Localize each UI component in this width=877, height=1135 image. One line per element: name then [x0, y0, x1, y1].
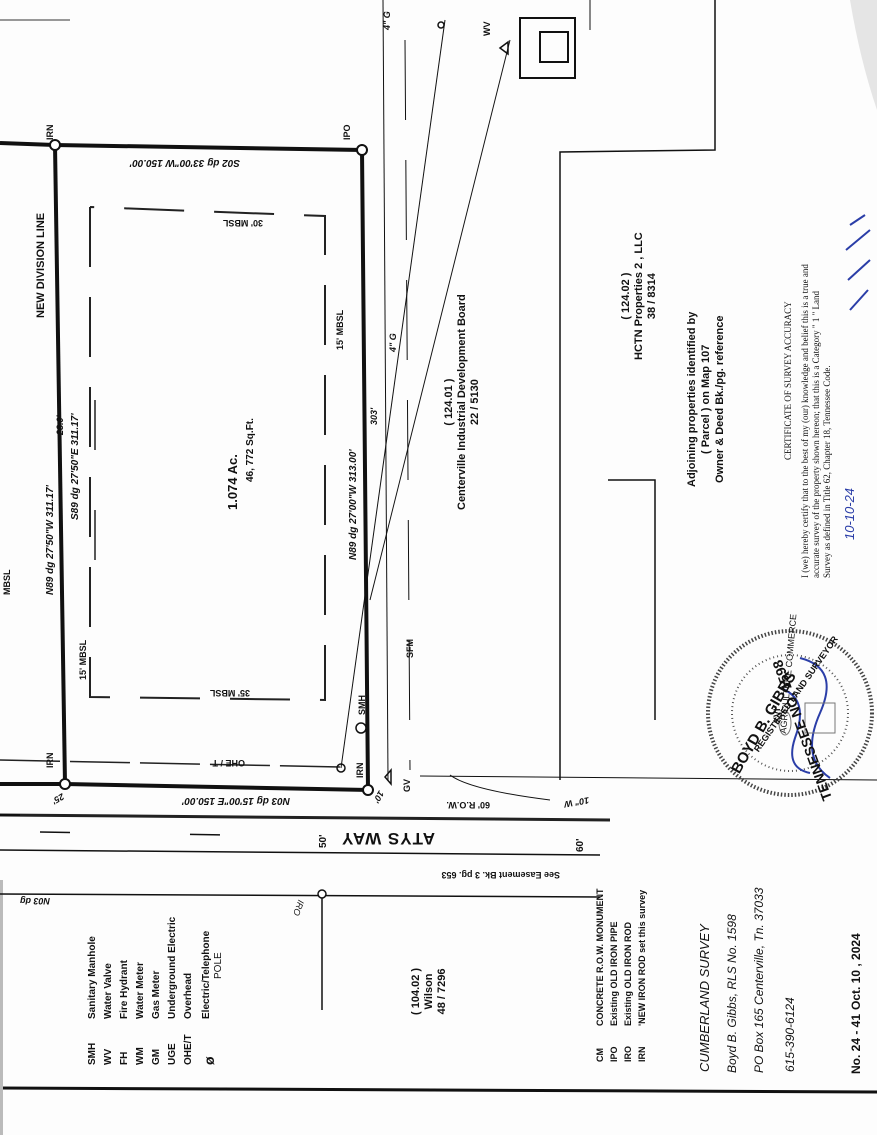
surveyor-name: Boyd B. Gibbs, RLS No. 1598 — [725, 914, 739, 1073]
signature-date: 10-10-24 — [842, 488, 857, 540]
legend-item: SMHSanitary Manhole — [85, 917, 101, 1065]
marker-irn-top: IRN — [45, 125, 55, 141]
bearing-west-inner: S89 dg 27'50"E 311.17' — [70, 413, 81, 520]
surveyor-company: CUMBERLAND SURVEY — [697, 924, 712, 1072]
bearing-west-outer: N89 dg 27'50"W 311.17' — [45, 485, 56, 595]
legend-item: IRN'NEW IRON ROD set this survey — [635, 889, 649, 1063]
bearing-north: S02 dg 33'00"W 150.00' — [130, 157, 240, 168]
certificate-title: CERTIFICATE OF SURVEY ACCURACY — [783, 301, 794, 460]
setback-right: 15' MBSL — [335, 310, 345, 350]
deed-ref: 22 / 5130 — [469, 294, 482, 510]
owner-name: Centerville Industrial Development Board — [456, 294, 469, 510]
parcel-id: ( 124.01 ) — [443, 294, 456, 510]
road-name: ATYS WAY — [341, 828, 435, 848]
legend-item: IROExisting OLD IRON ROD — [621, 889, 635, 1063]
owner-name: HCTN Properties 2 , LLC — [633, 232, 646, 360]
legend-item: OHE/TOverhead — [181, 917, 197, 1065]
legend-item: IPOExisting OLD IRON PIPE — [607, 889, 621, 1063]
row-label: 60' R.O.W. — [446, 800, 490, 810]
legend-monuments: CMCONCRETE R.O.W. MONUMENT IPOExisting O… — [593, 889, 649, 1063]
setback-bottom: 35' MBSL — [210, 688, 250, 698]
job-number: No. 24 - 41 — [849, 1014, 863, 1074]
legend-item: WVWater Valve — [101, 917, 117, 1065]
marker-ipo-top: IPO — [342, 124, 352, 140]
water-line-4g-top: 4" G — [382, 11, 392, 30]
marker-sfm: SFM — [405, 639, 415, 658]
marker-irn-bottom-right: IRN — [355, 763, 365, 779]
parcel-id: ( 124.02 ) — [620, 232, 633, 360]
legend-item: GMGas Meter — [149, 917, 165, 1065]
pole-icon: ø — [201, 1027, 225, 1065]
road-easement: See Easement Bk. 3 pg. 653 — [441, 870, 560, 880]
distance-303: 303' — [369, 408, 379, 425]
survey-date: Oct. 10 , 2024 — [849, 933, 863, 1010]
owner-name: Wilson — [423, 968, 436, 1015]
deed-ref: 38 / 8314 — [646, 232, 659, 360]
setback-top: 30' MBSL — [223, 218, 263, 228]
setback-far-left: MBSL — [2, 570, 12, 596]
legend-item: UGEUnderground Electric — [165, 917, 181, 1065]
marker-wv: WV — [482, 22, 492, 37]
signature — [840, 210, 877, 320]
distance-60: 60' — [575, 838, 586, 852]
marker-irn-bottom-left: IRN — [45, 753, 55, 769]
legend-utilities: SMHSanitary Manhole WVWater Valve FHFire… — [85, 917, 225, 1065]
legend-item: FHFire Hydrant — [117, 917, 133, 1065]
area-acres: 1.074 Ac. — [225, 454, 240, 510]
legend-item: øElectric/TelephonePOLE — [201, 917, 225, 1065]
legend-item: CMCONCRETE R.O.W. MONUMENT — [593, 889, 607, 1063]
bearing-south: N03 dg 15'00"E 150.00' — [182, 795, 290, 806]
setback-left: 15' MBSL — [78, 640, 88, 680]
legend-item: WMWater Meter — [133, 917, 149, 1065]
surveyor-seal: BOYD B. GIBBS TENNESSEE NO. 1598 REGISTE… — [700, 618, 877, 808]
marker-ohe: OHE / T — [212, 758, 245, 768]
bearing-east: N89 dg 27'00"W 313.00' — [348, 449, 359, 560]
surveyor-phone: 615-390-6124 — [783, 997, 797, 1072]
adjoining-note: Adjoining properties identified by ( Par… — [685, 312, 727, 487]
surveyor-address: PO Box 165 Centerville, Tn. 37033 — [752, 888, 766, 1073]
marker-gv: GV — [402, 779, 412, 792]
adjoining-parcel-124-02: ( 124.02 ) HCTN Properties 2 , LLC 38 / … — [620, 232, 659, 360]
seal-numeral: XVI — [772, 708, 782, 723]
deed-ref: 48 / 7296 — [436, 968, 449, 1015]
area-sqft: 46, 772 Sq.Ft. — [245, 418, 256, 482]
water-line-4g: 4" G — [388, 333, 398, 352]
adjoining-parcel-104-02: ( 104.02 ) Wilson 48 / 7296 — [410, 968, 449, 1015]
division-line-label: NEW DIVISION LINE — [35, 213, 47, 318]
road-n03-label: N03 dg — [20, 896, 50, 906]
marker-smh: SMH — [357, 695, 367, 715]
parcel-id: ( 104.02 ) — [410, 968, 423, 1015]
certificate-body: I (we) hereby certify that to the best o… — [800, 264, 833, 578]
distance-28: 28.0' — [55, 415, 65, 435]
distance-50: 50' — [318, 834, 329, 848]
adjoining-parcel-124-01: ( 124.01 ) Centerville Industrial Develo… — [443, 294, 482, 510]
